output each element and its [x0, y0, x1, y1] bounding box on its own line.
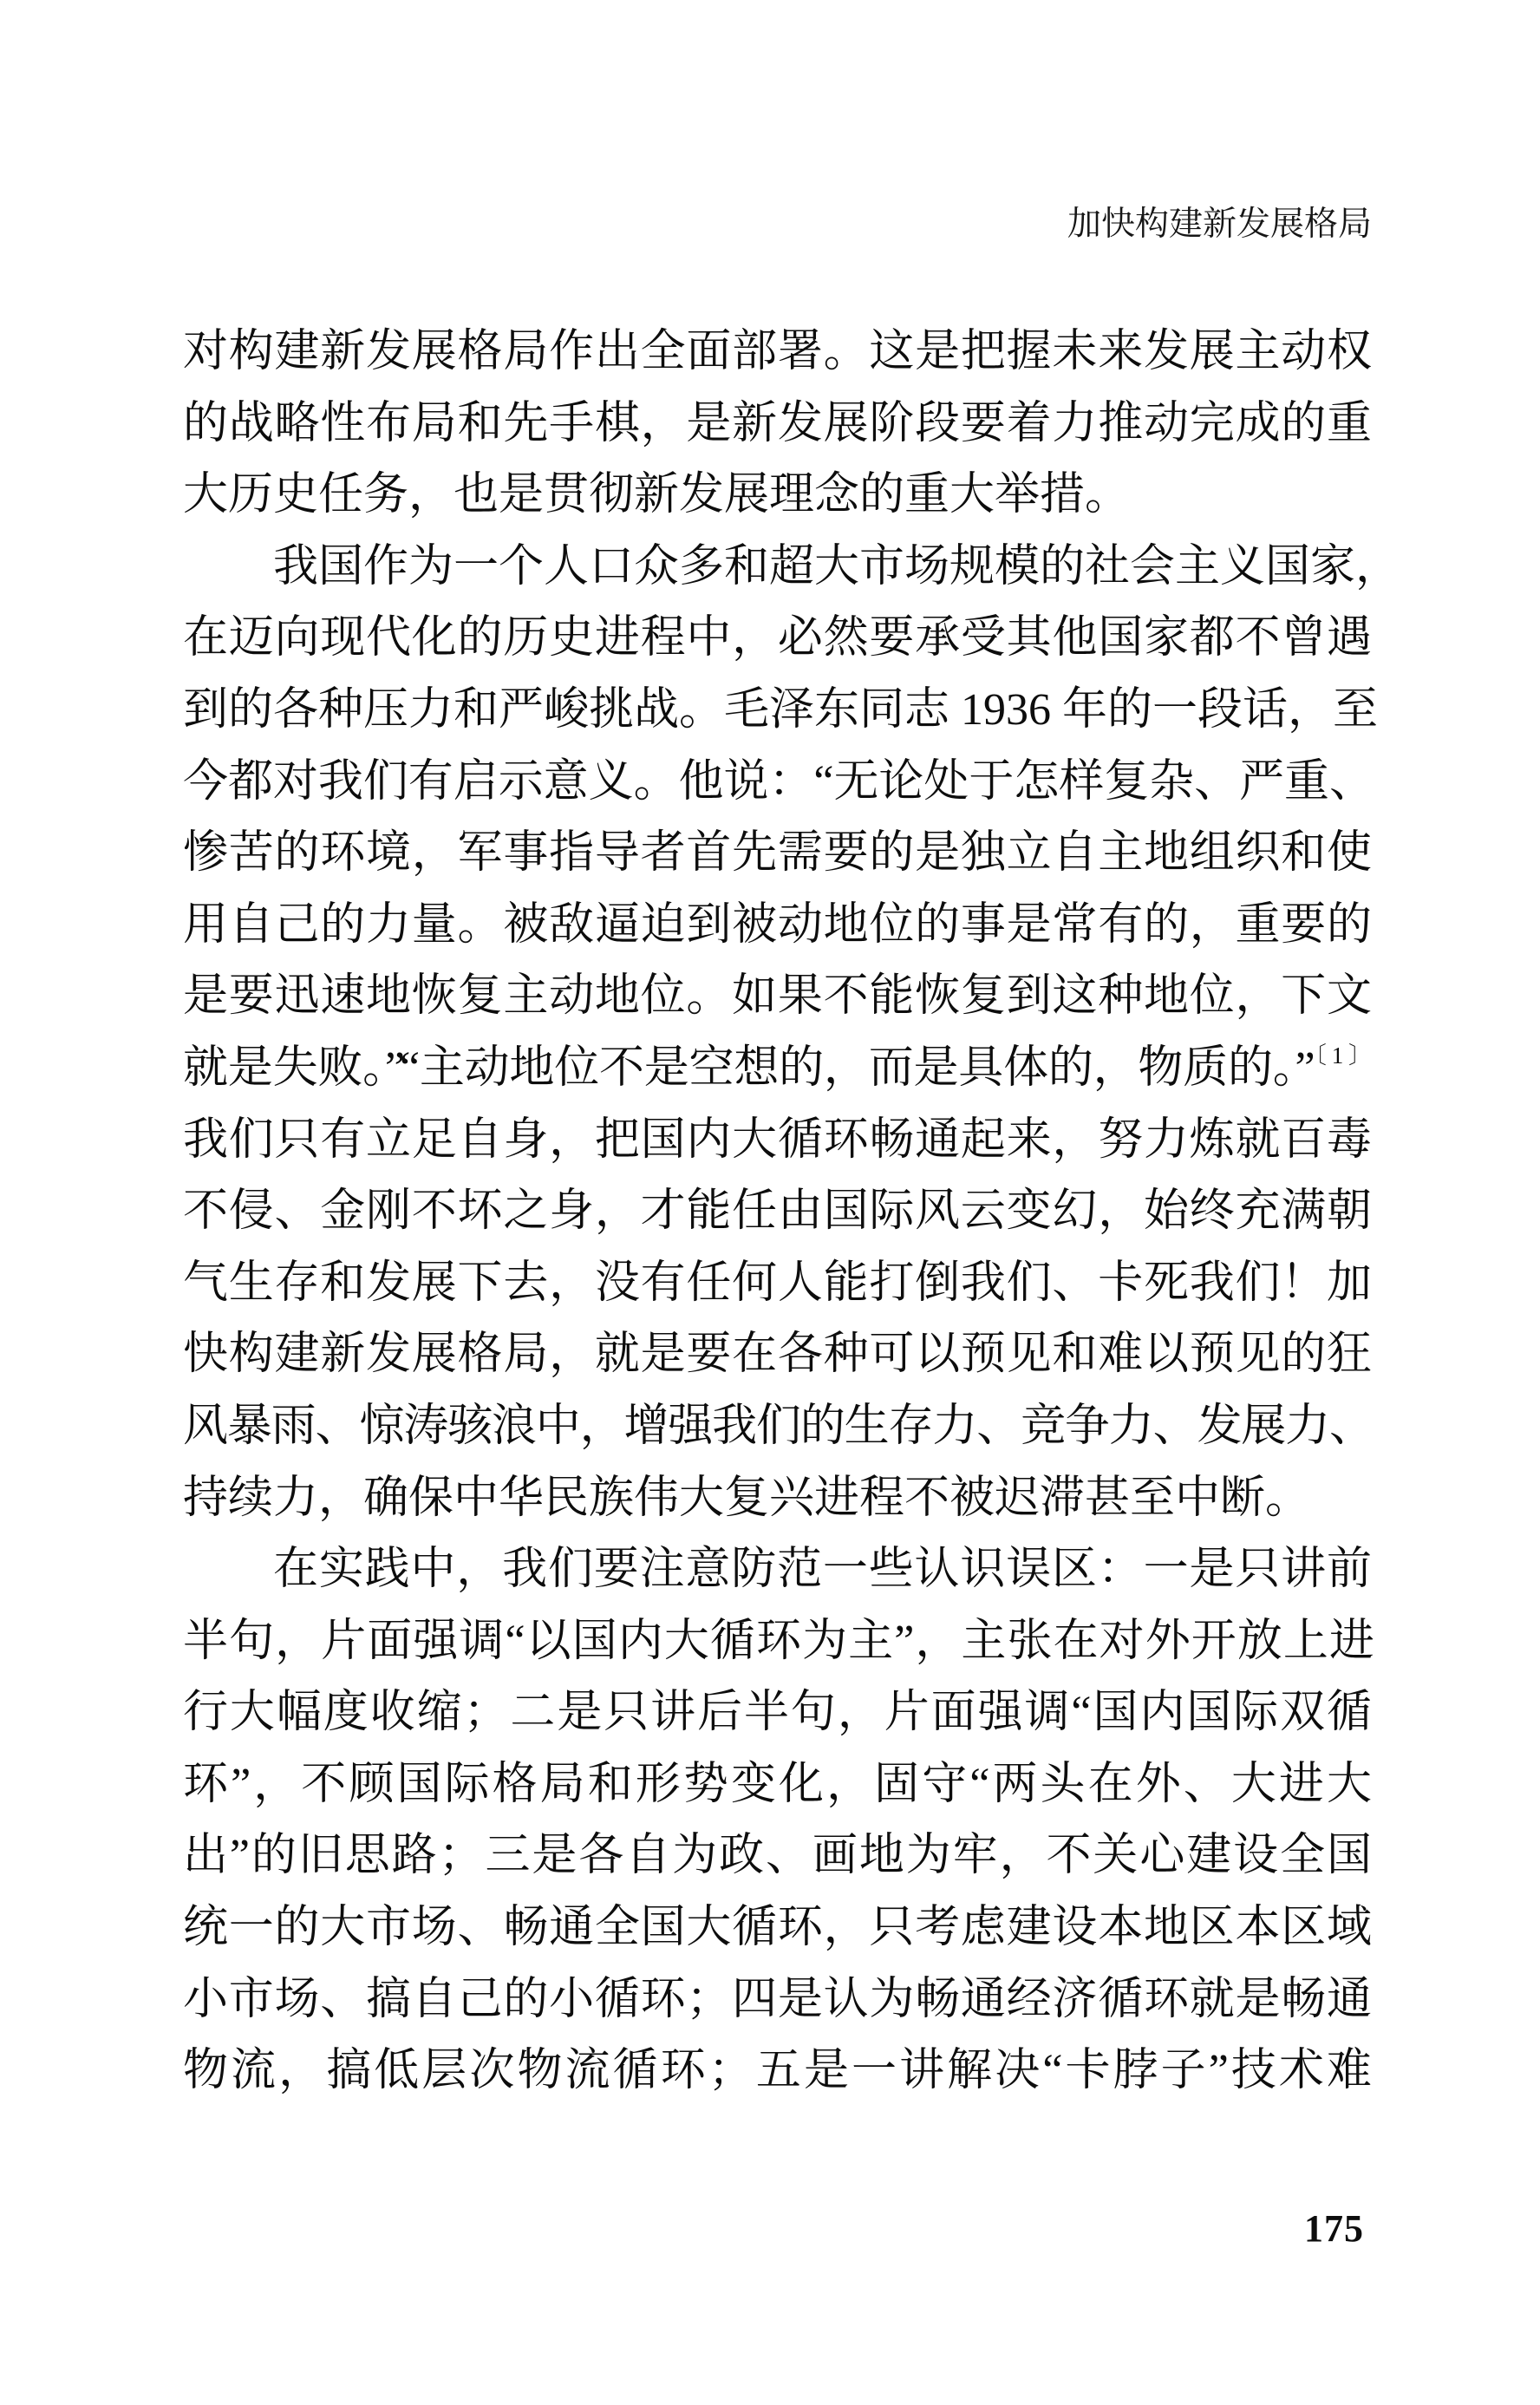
text-line: 出”的旧思路；三是各自为政、画地为牢，不关心建设全国	[183, 1820, 1372, 1892]
page-number: 175	[1304, 2206, 1364, 2251]
text-line: 持续力，确保中华民族伟大复兴进程不被迟滞甚至中断。	[183, 1463, 1372, 1535]
text-line: 在实践中，我们要注意防范一些认识误区：一是只讲前	[183, 1534, 1372, 1606]
text-line: 我国作为一个人口众多和超大市场规模的社会主义国家，	[183, 532, 1372, 604]
text-line: 不侵、金刚不坏之身，才能任由国际风云变幻，始终充满朝	[183, 1176, 1372, 1248]
paragraph: 在实践中，我们要注意防范一些认识误区：一是只讲前半句，片面强调“以国内大循环为主…	[183, 1534, 1372, 2108]
text-line: 小市场、搞自己的小循环；四是认为畅通经济循环就是畅通	[183, 1964, 1372, 2036]
text-line: 风暴雨、惊涛骇浪中，增强我们的生存力、竞争力、发展力、	[183, 1391, 1372, 1463]
text-line: 的战略性布局和先手棋，是新发展阶段要着力推动完成的重	[183, 389, 1372, 461]
text-line: 物流，搞低层次物流循环；五是一讲解决“卡脖子”技术难	[183, 2036, 1372, 2108]
text-line: 惨苦的环境，军事指导者首先需要的是独立自主地组织和使	[183, 818, 1372, 890]
text-line: 统一的大市场、畅通全国大循环，只考虑建设本地区本区域	[183, 1892, 1372, 1964]
body-text: 对构建新发展格局作出全面部署。这是把握未来发展主动权的战略性布局和先手棋，是新发…	[183, 317, 1372, 2108]
paragraph: 对构建新发展格局作出全面部署。这是把握未来发展主动权的战略性布局和先手棋，是新发…	[183, 317, 1372, 532]
running-header: 加快构建新发展格局	[1067, 205, 1372, 245]
book-page: 加快构建新发展格局 对构建新发展格局作出全面部署。这是把握未来发展主动权的战略性…	[0, 0, 1540, 2405]
text-line: 环”，不顾国际格局和形势变化，固守“两头在外、大进大	[183, 1749, 1372, 1821]
paragraph: 我国作为一个人口众多和超大市场规模的社会主义国家，在迈向现代化的历史进程中，必然…	[183, 532, 1372, 1534]
footnote-marker: 〔1〕	[1310, 1042, 1372, 1069]
text-line: 行大幅度收缩；二是只讲后半句，片面强调“国内国际双循	[183, 1677, 1372, 1749]
text-line: 我们只有立足自身，把国内大循环畅通起来，努力炼就百毒	[183, 1105, 1372, 1177]
text-line: 到的各种压力和严峻挑战。毛泽东同志 1936 年的一段话，至	[183, 675, 1372, 747]
text-line: 气生存和发展下去，没有任何人能打倒我们、卡死我们！加	[183, 1248, 1372, 1320]
text-line: 在迈向现代化的历史进程中，必然要承受其他国家都不曾遇	[183, 603, 1372, 675]
text-line: 半句，片面强调“以国内大循环为主”，主张在对外开放上进	[183, 1606, 1372, 1678]
text-line: 大历史任务，也是贯彻新发展理念的重大举措。	[183, 460, 1372, 532]
text-line: 是要迅速地恢复主动地位。如果不能恢复到这种地位，下文	[183, 961, 1372, 1033]
text-line: 今都对我们有启示意义。他说：“无论处于怎样复杂、严重、	[183, 747, 1372, 819]
text-line: 对构建新发展格局作出全面部署。这是把握未来发展主动权	[183, 317, 1372, 389]
text-line: 用自己的力量。被敌逼迫到被动地位的事是常有的，重要的	[183, 890, 1372, 962]
text-line: 快构建新发展格局，就是要在各种可以预见和难以预见的狂	[183, 1319, 1372, 1391]
text-line: 就是失败。”“主动地位不是空想的，而是具体的，物质的。”〔1〕	[183, 1033, 1372, 1105]
